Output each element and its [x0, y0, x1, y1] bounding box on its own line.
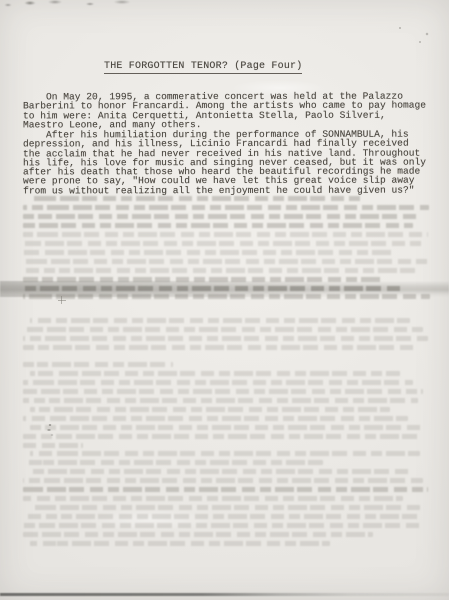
ghost-line [23, 286, 403, 291]
ghost-line [23, 380, 413, 385]
ghost-line [23, 277, 383, 282]
scan-smudge-top-left [0, 0, 170, 13]
ghost-line [23, 294, 430, 299]
ghost-line [23, 241, 423, 246]
ghost-line [23, 205, 429, 210]
ghost-line [23, 478, 423, 483]
page-title: THE FORGOTTEN TENOR? (Page Four) [104, 61, 302, 74]
ghost-line [23, 443, 83, 448]
bottom-scan-edge [0, 593, 449, 596]
ghost-line [23, 223, 413, 228]
ghost-line [23, 389, 423, 394]
ghost-line [33, 196, 363, 201]
ghost-line [23, 345, 418, 350]
ghost-line [23, 268, 418, 273]
ghost-line [23, 336, 428, 341]
scanned-letter-page: THE FORGOTTEN TENOR? (Page Four) On May … [0, 0, 449, 600]
ghost-line [30, 451, 420, 456]
ghost-line [30, 425, 425, 430]
ghost-line [23, 214, 421, 219]
ghost-line [23, 487, 428, 492]
ghost-line [23, 250, 393, 255]
small-cross-artifact [58, 296, 66, 304]
pen-scribble-artifact [44, 422, 56, 439]
ghost-line [23, 460, 323, 465]
ghost-line [30, 505, 420, 510]
body-paragraph-1: On May 20, 1995, a commerative concert w… [23, 92, 437, 130]
fold-crease [0, 281, 449, 297]
ghost-line [30, 469, 410, 474]
ghost-line [30, 371, 400, 376]
ghost-line [23, 523, 423, 528]
ghost-line [23, 259, 428, 264]
ghost-line [23, 398, 418, 403]
ghost-line [23, 532, 373, 537]
ghost-line [23, 434, 423, 439]
ink-specks-top-right [390, 22, 440, 52]
ghost-line [30, 407, 390, 412]
ghost-line [30, 318, 410, 323]
ghost-line [23, 362, 173, 367]
ghost-line [23, 514, 418, 519]
body-paragraph-2: After his humiliation during the perform… [23, 130, 437, 196]
ghost-line [23, 496, 403, 501]
ghost-line [30, 541, 330, 546]
ghost-line [23, 327, 423, 332]
ghost-line [23, 232, 428, 237]
ghost-line [23, 416, 408, 421]
